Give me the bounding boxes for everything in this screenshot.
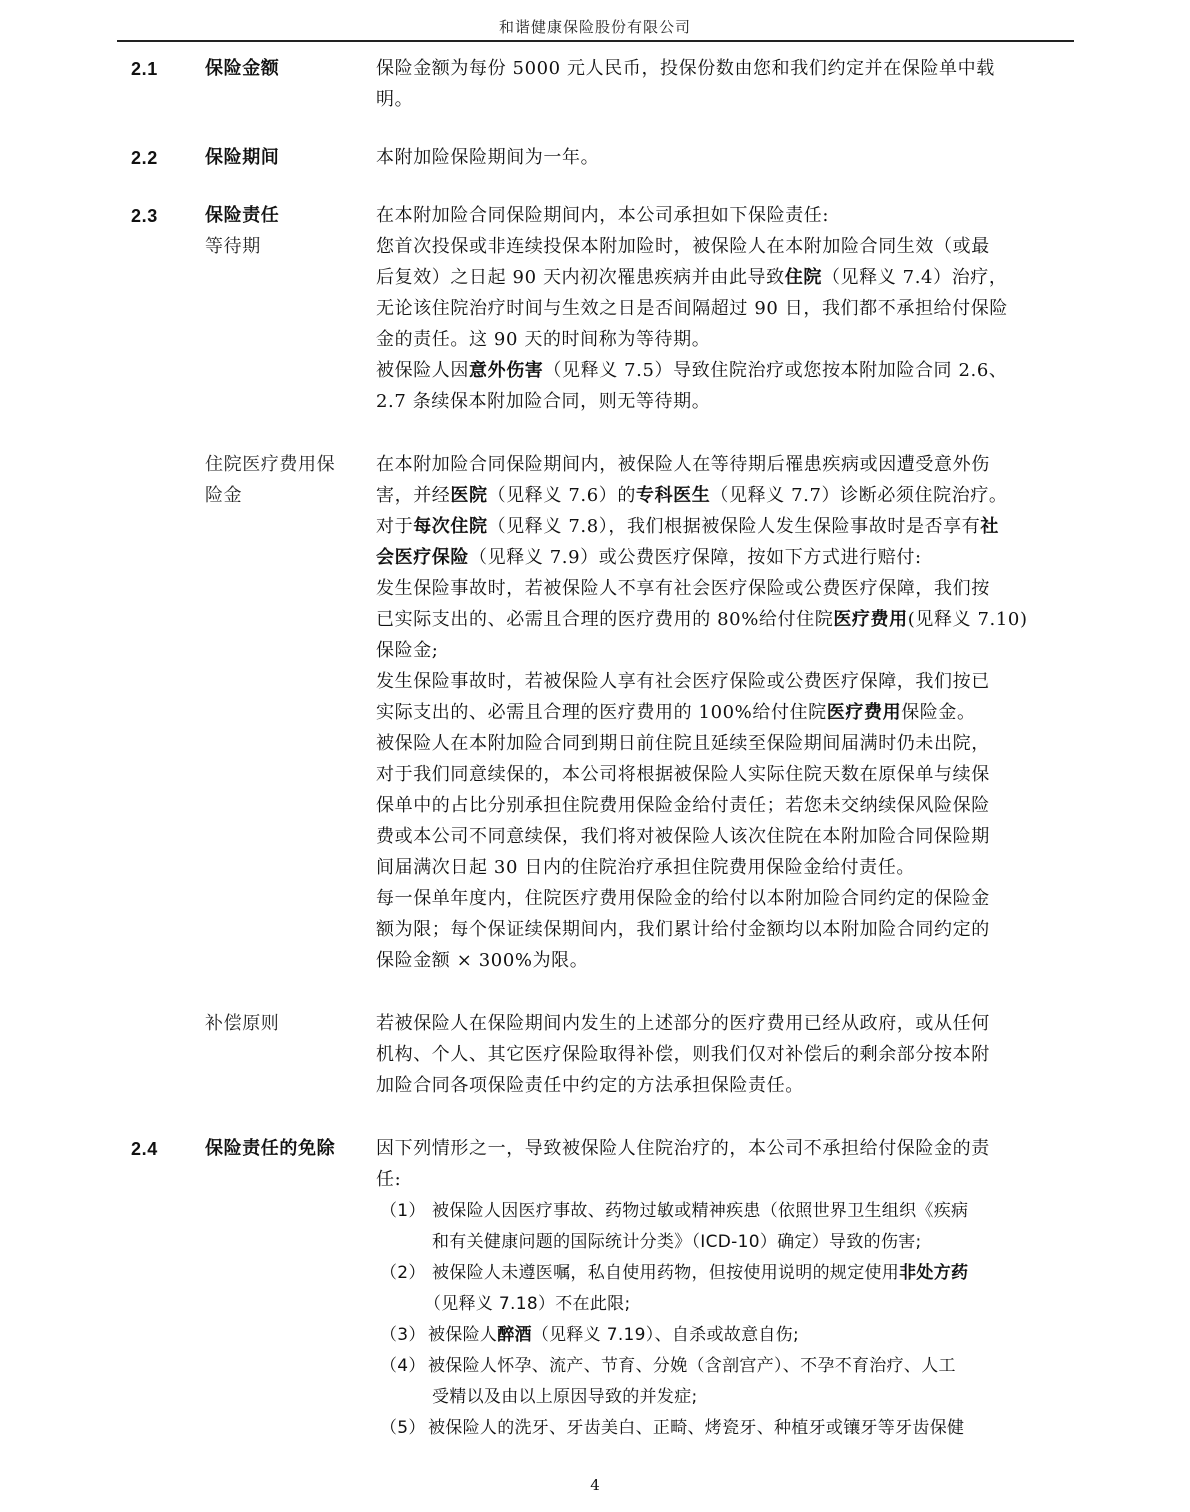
text-line: 2.7 条续保本附加险合同，则无等待期。 (376, 390, 710, 414)
subsection-label: 补偿原则 (205, 1012, 279, 1036)
list-marker: （3） (380, 1323, 426, 1347)
header-divider (117, 40, 1074, 42)
section-intro: 任: (376, 1168, 401, 1192)
subsection-label: 等待期 (205, 235, 261, 259)
text-line: 您首次投保或非连续投保本附加险时，被保险人在本附加险合同生效（或最 (376, 235, 990, 259)
text-line: 金的责任。这 90 天的时间称为等待期。 (376, 328, 710, 352)
term-bold: 医院 (450, 485, 487, 506)
text-line: 保险金额 × 300%为限。 (376, 949, 588, 973)
text-line: 发生保险事故时，若被保险人享有社会医疗保险或公费医疗保障，我们按已 (376, 670, 990, 694)
document-header: 和谐健康保险股份有限公司 (0, 16, 1190, 37)
list-marker: （1） (380, 1199, 426, 1223)
section-title: 保险责任的免除 (205, 1137, 335, 1161)
term-bold: 醉酒 (497, 1325, 532, 1345)
list-item-line: 被保险人因医疗事故、药物过敏或精神疾患（依照世界卫生组织《疾病 (432, 1199, 968, 1223)
text-line: 保单中的占比分别承担住院费用保险金给付责任；若您未交纳续保风险保险 (376, 794, 990, 818)
list-item-line: 被保险人醉酒（见释义 7.19）、自杀或故意自伤; (428, 1323, 799, 1347)
page-number: 4 (0, 1476, 1190, 1494)
section-text-line: 明。 (376, 88, 413, 112)
section-intro: 因下列情形之一，导致被保险人住院治疗的，本公司不承担给付保险金的责 (376, 1137, 990, 1161)
list-item-line: （见释义 7.18）不在此限; (424, 1292, 630, 1316)
list-marker: （5） (380, 1416, 426, 1440)
list-marker: （2） (380, 1261, 426, 1285)
text-line: 若被保险人在保险期间内发生的上述部分的医疗费用已经从政府，或从任何 (376, 1012, 990, 1036)
list-item-line: 被保险人怀孕、流产、节育、分娩（含剖宫产）、不孕不育治疗、人工 (428, 1354, 956, 1378)
text-line: 会医疗保险（见释义 7.9）或公费医疗保障，按如下方式进行赔付: (376, 546, 922, 570)
text-line: 在本附加险合同保险期间内，被保险人在等待期后罹患疾病或因遭受意外伤 (376, 453, 990, 477)
text-line: 间届满次日起 30 日内的住院治疗承担住院费用保险金给付责任。 (376, 856, 915, 880)
term-bold: 社 (980, 516, 999, 537)
term-bold: 非处方药 (899, 1263, 968, 1283)
section-text-line: 保险金额为每份 5000 元人民币，投保份数由您和我们约定并在保险单中载 (376, 57, 995, 81)
term-bold: 专科医生 (636, 485, 710, 506)
term-bold: 医疗费用 (827, 702, 901, 723)
text-line: 已实际支出的、必需且合理的医疗费用的 80%给付住院医疗费用(见释义 7.10) (376, 608, 1028, 632)
text-line: 被保险人在本附加险合同到期日前住院且延续至保险期间届满时仍未出院， (376, 732, 990, 756)
section-title: 保险金额 (205, 57, 279, 81)
list-item-line: 和有关健康问题的国际统计分类》（ICD-10）确定）导致的伤害; (432, 1230, 922, 1254)
section-number: 2.3 (131, 204, 158, 228)
section-title: 保险责任 (205, 204, 279, 228)
term-bold: 住院 (785, 267, 822, 288)
term-bold: 每次住院 (413, 516, 487, 537)
section-title: 保险期间 (205, 146, 279, 170)
text-line: 实际支出的、必需且合理的医疗费用的 100%给付住院医疗费用保险金。 (376, 701, 976, 725)
text-line: 机构、个人、其它医疗保险取得补偿，则我们仅对补偿后的剩余部分按本附 (376, 1043, 990, 1067)
subsection-label: 住院医疗费用保 (205, 453, 335, 477)
text-line: 加险合同各项保险责任中约定的方法承担保险责任。 (376, 1074, 804, 1098)
text-line: 每一保单年度内，住院医疗费用保险金的给付以本附加险合同约定的保险金 (376, 887, 990, 911)
term-bold: 意外伤害 (469, 360, 543, 381)
subsection-label: 险金 (205, 484, 242, 508)
section-number: 2.2 (131, 146, 158, 170)
term-bold: 医疗费用 (833, 609, 907, 630)
list-item-line: 受精以及由以上原因导致的并发症; (432, 1385, 698, 1409)
text-line: 被保险人因意外伤害（见释义 7.5）导致住院治疗或您按本附加险合同 2.6、 (376, 359, 1008, 383)
text-line: 发生保险事故时，若被保险人不享有社会医疗保险或公费医疗保障，我们按 (376, 577, 990, 601)
text-line: 对于每次住院（见释义 7.8），我们根据被保险人发生保险事故时是否享有社 (376, 515, 999, 539)
text-line: 害，并经医院（见释义 7.6）的专科医生（见释义 7.7）诊断必须住院治疗。 (376, 484, 1008, 508)
text-line: 费或本公司不同意续保，我们将对被保险人该次住院在本附加险合同保险期 (376, 825, 990, 849)
text-line: 对于我们同意续保的，本公司将根据被保险人实际住院天数在原保单与续保 (376, 763, 990, 787)
text-line: 后复效）之日起 90 天内初次罹患疾病并由此导致住院（见释义 7.4）治疗， (376, 266, 1008, 290)
text-line: 保险金; (376, 639, 438, 663)
section-number: 2.1 (131, 57, 158, 81)
section-intro: 在本附加险合同保险期间内，本公司承担如下保险责任: (376, 204, 829, 228)
section-text-line: 本附加险保险期间为一年。 (376, 146, 599, 170)
list-marker: （4） (380, 1354, 426, 1378)
text-line: 无论该住院治疗时间与生效之日是否间隔超过 90 日，我们都不承担给付保险 (376, 297, 1008, 321)
section-number: 2.4 (131, 1137, 158, 1161)
list-item-line: 被保险人未遵医嘱，私自使用药物，但按使用说明的规定使用非处方药 (432, 1261, 968, 1285)
text-line: 额为限；每个保证续保期间内，我们累计给付金额均以本附加险合同约定的 (376, 918, 990, 942)
term-bold: 会医疗保险 (376, 547, 469, 568)
list-item-line: 被保险人的洗牙、牙齿美白、正畸、烤瓷牙、种植牙或镶牙等牙齿保健 (428, 1416, 964, 1440)
